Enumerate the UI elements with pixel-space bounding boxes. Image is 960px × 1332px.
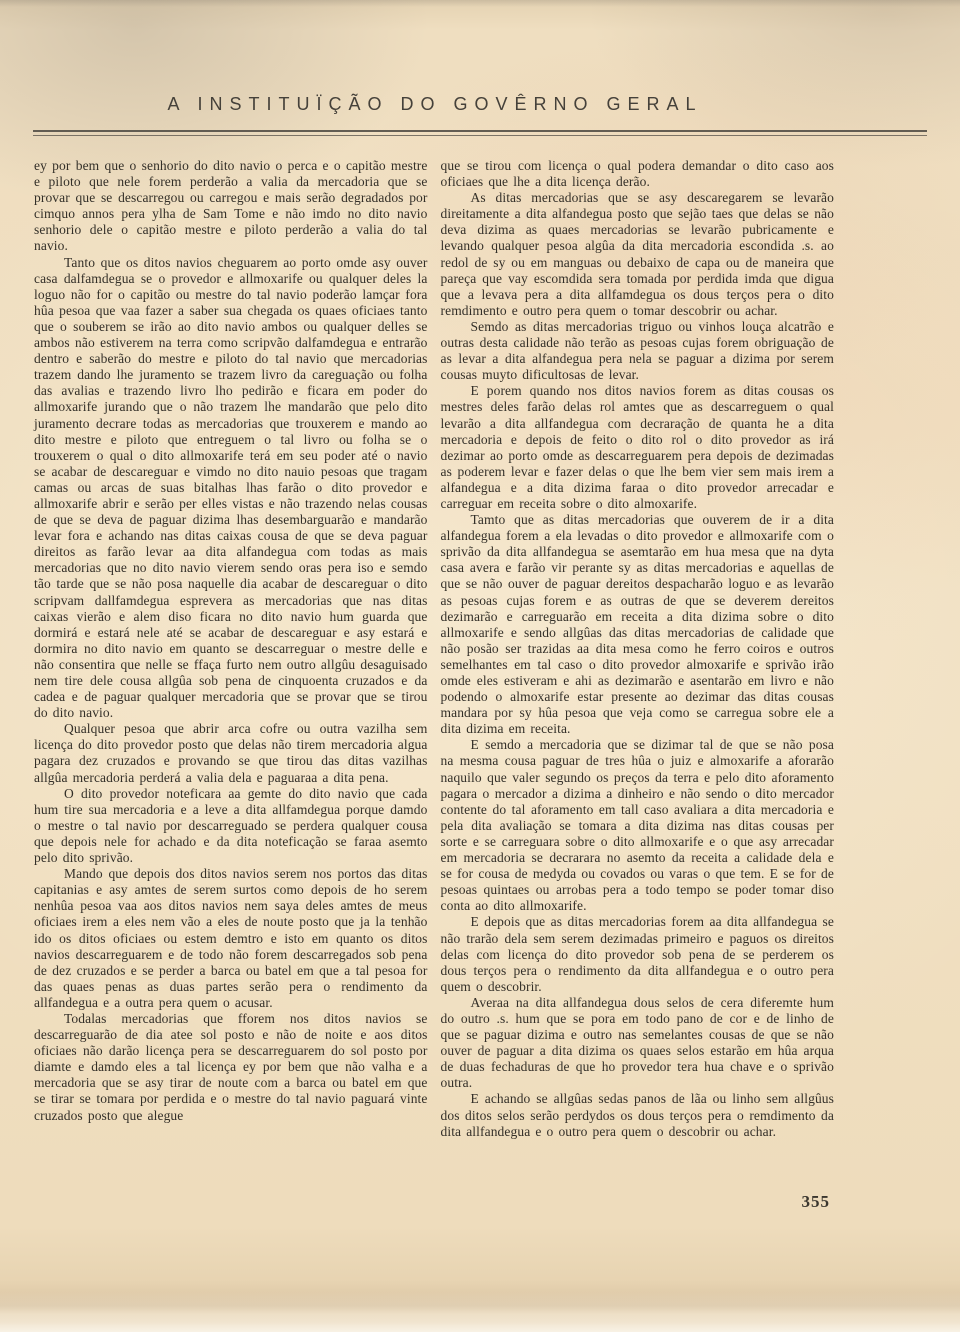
header-rule-thin	[33, 135, 927, 136]
paragraph: Mando que depois dos ditos navios serem …	[34, 866, 428, 1011]
paragraph: Averaa na dita allfandegua dous selos de…	[441, 995, 835, 1092]
text-column-left: ey por bem que o senhorio do dito navio …	[34, 158, 428, 1140]
paragraph: E depois que as ditas mercadorias forem …	[441, 914, 835, 994]
header-rule-thick	[33, 130, 927, 132]
page-title: A INSTITUÏÇÃO DO GOVÊRNO GERAL	[167, 94, 702, 115]
paragraph: O dito provedor noteficara aa gemte do d…	[34, 786, 428, 866]
paragraph: ey por bem que o senhorio do dito navio …	[34, 158, 428, 255]
paragraph: E semdo a mercadoria que se dizimar tal …	[441, 737, 835, 914]
paragraph: Tamto que as ditas mercadorias que ouver…	[441, 512, 835, 737]
paragraph: E porem quando nos ditos navios forem as…	[441, 383, 835, 512]
header-rule	[33, 130, 927, 136]
paragraph: Todalas mercadorias que fforem nos ditos…	[34, 1011, 428, 1124]
paragraph: Tanto que os ditos navios cheguarem ao p…	[34, 255, 428, 722]
paragraph: E achando se allgûas sedas panos de lãa …	[441, 1091, 835, 1139]
scanned-page: A INSTITUÏÇÃO DO GOVÊRNO GERAL ey por be…	[0, 0, 960, 1332]
paragraph: Semdo as ditas mercadorias triguo ou vin…	[441, 319, 835, 383]
paragraph: Qualquer pesoa que abrir arca cofre ou o…	[34, 721, 428, 785]
paragraph: que se tirou com licença o qual podera d…	[441, 158, 835, 190]
paragraph: As ditas mercadorias que se asy descareg…	[441, 190, 835, 319]
page-number: 355	[802, 1192, 831, 1212]
text-column-right: que se tirou com licença o qual podera d…	[441, 158, 835, 1140]
text-body: ey por bem que o senhorio do dito navio …	[34, 158, 834, 1140]
page-header: A INSTITUÏÇÃO DO GOVÊRNO GERAL	[0, 94, 960, 115]
